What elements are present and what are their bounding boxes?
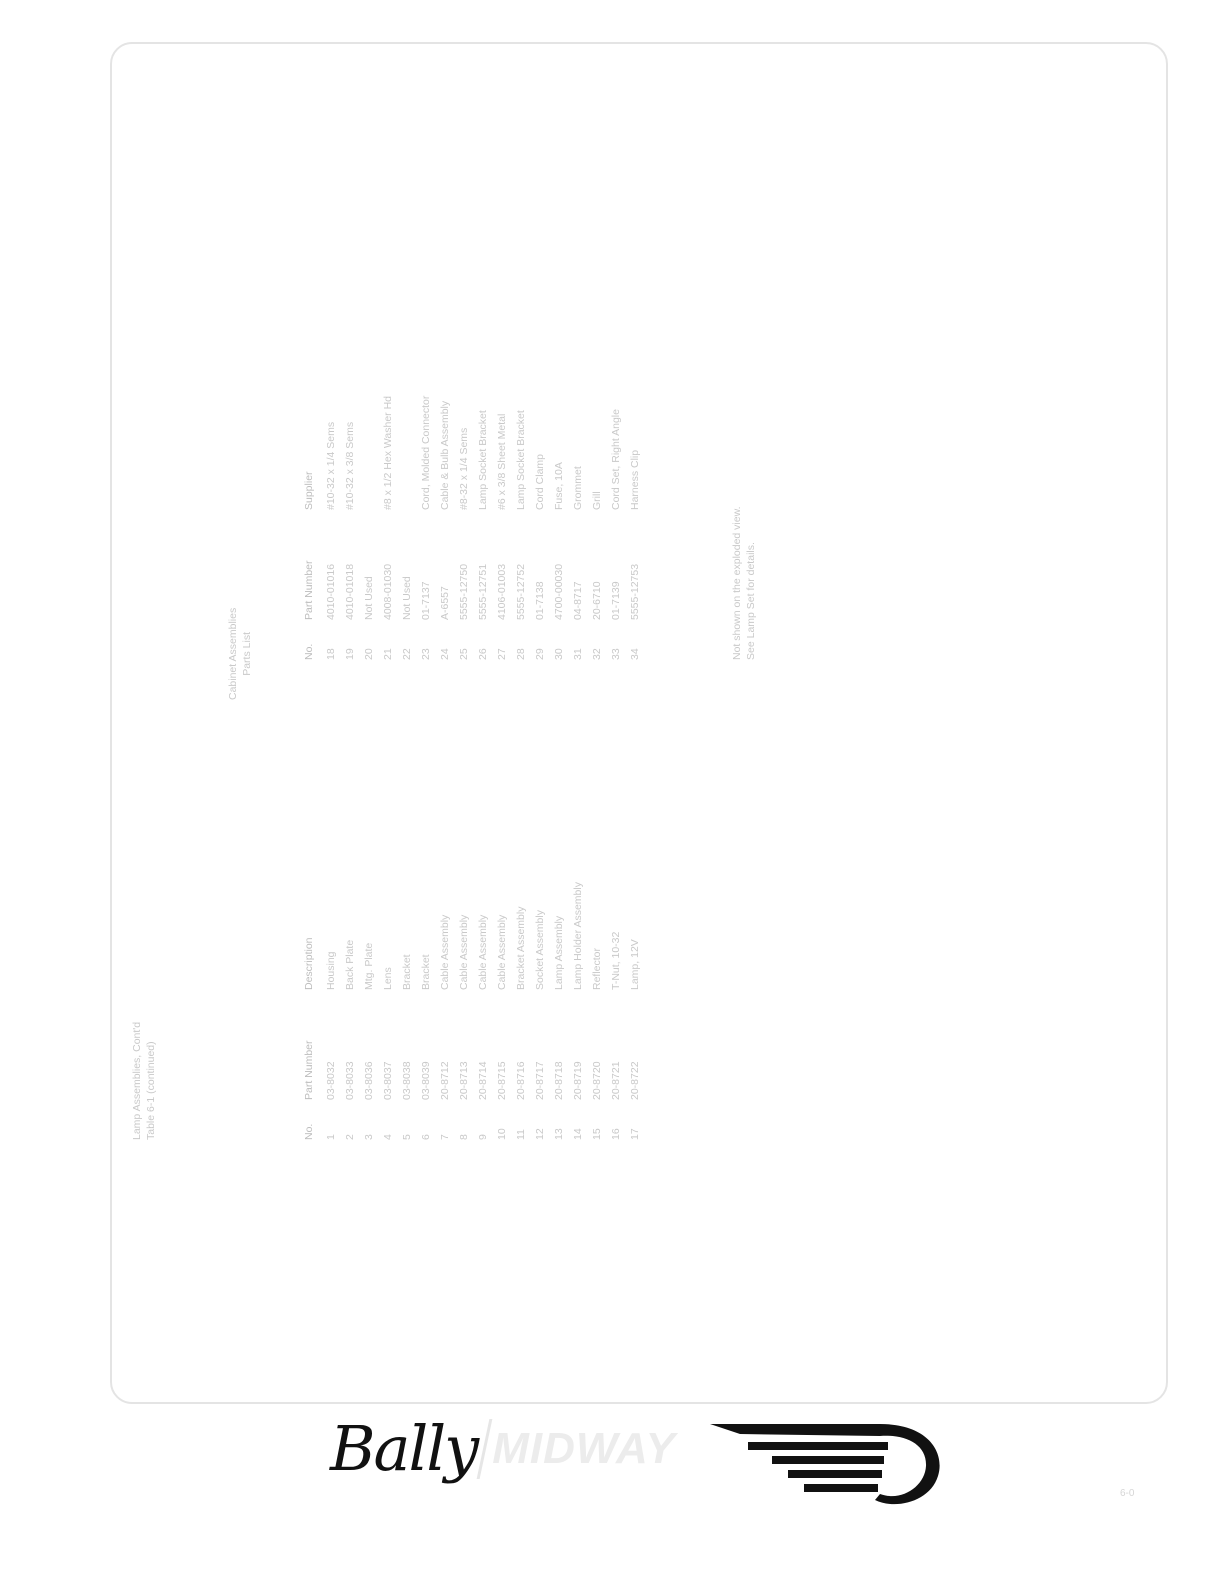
table-cell: 03-8039 (417, 990, 436, 1100)
table-cell: 03-8036 (360, 990, 379, 1100)
table-cell: 5555-12750 (455, 510, 474, 620)
table-cell: 13 (550, 1100, 569, 1140)
parts-table-right: No.Part NumberSupplier184010-01016#10-32… (300, 290, 645, 660)
section-title: Cabinet Assemblies (226, 608, 240, 700)
table-cell: Bracket (417, 740, 436, 990)
table-cell: 20-8716 (512, 990, 531, 1100)
table-cell: 12 (531, 1100, 550, 1140)
footnote-2: See Lamp Set for details. (744, 506, 758, 660)
table-row: 255555-12750#8-32 x 1/4 Sems (455, 290, 474, 660)
table-row: 103-8032Housing (322, 740, 341, 1140)
table-row: 1720-8722Lamp, 12V (626, 740, 645, 1140)
document-table-label: Table 6-1 (continued) (144, 1022, 158, 1140)
table-cell: 4700-00030 (550, 510, 569, 620)
table-cell: 26 (474, 620, 493, 660)
table-cell: 14 (569, 1100, 588, 1140)
table-cell: 20-8718 (550, 990, 569, 1100)
table-row: 3301-7139Cord Set, Right Angle (607, 290, 626, 660)
table-cell: 20-8717 (531, 990, 550, 1100)
table-cell: Lamp Holder Assembly (569, 740, 588, 990)
table-row: 1320-8718Lamp Assembly (550, 740, 569, 1140)
table-cell: 15 (588, 1100, 607, 1140)
table-cell: 20 (360, 620, 379, 660)
table-cell: 03-8032 (322, 990, 341, 1100)
table-cell: Not Used (398, 510, 417, 620)
table-cell: 03-8037 (379, 990, 398, 1100)
table-row: 285555-12752Lamp Socket Bracket (512, 290, 531, 660)
table-row: 184010-01016#10-32 x 1/4 Sems (322, 290, 341, 660)
table-cell: Housing (322, 740, 341, 990)
table-cell: 20-8722 (626, 990, 645, 1100)
page-frame (110, 42, 1168, 1404)
table-cell: 20-8713 (455, 990, 474, 1100)
column-header: Supplier (300, 290, 322, 510)
title-block: Lamp Assemblies, Cont'd Table 6-1 (conti… (130, 1022, 158, 1140)
table-cell: 25 (455, 620, 474, 660)
table-cell: 2 (341, 1100, 360, 1140)
table-row: 345555-12753Harness Clip (626, 290, 645, 660)
table-cell: Cord Clamp (531, 290, 550, 510)
table-cell: 01-7139 (607, 510, 626, 620)
table-cell: 03-8033 (341, 990, 360, 1100)
table-row: 1420-8719Lamp Holder Assembly (569, 740, 588, 1140)
table-row: 403-8037Lens (379, 740, 398, 1140)
table-cell: Harness Clip (626, 290, 645, 510)
table-cell: 9 (474, 1100, 493, 1140)
table-row: 720-8712Cable Assembly (436, 740, 455, 1140)
table-cell: #8 x 1/2 Hex Washer Hd (379, 290, 398, 510)
table-cell: 4008-01030 (379, 510, 398, 620)
table-row: 194010-01018#10-32 x 3/8 Sems (341, 290, 360, 660)
table-cell: 6 (417, 1100, 436, 1140)
table-cell: 4010-01016 (322, 510, 341, 620)
table-row: 214008-01030#8 x 1/2 Hex Washer Hd (379, 290, 398, 660)
bally-midway-logo: Bally MIDWAY (330, 1412, 676, 1485)
table-row: 2301-7137Cord, Molded Connector (417, 290, 436, 660)
table-cell: 21 (379, 620, 398, 660)
table-cell: 4010-01018 (341, 510, 360, 620)
table-row: 203-8033Back Plate (341, 740, 360, 1140)
table-cell: 8 (455, 1100, 474, 1140)
table-cell: Cable Assembly (493, 740, 512, 990)
section-subtitle: Parts List (240, 608, 254, 700)
table-cell: 17 (626, 1100, 645, 1140)
table-cell: 4106-01003 (493, 510, 512, 620)
column-header: No. (300, 620, 322, 660)
table-cell: 20-8715 (493, 990, 512, 1100)
column-header: Description (300, 740, 322, 990)
table-cell: 20-6710 (588, 510, 607, 620)
table-row: 274106-01003#6 x 3/8 Sheet Metal (493, 290, 512, 660)
table-row: 820-8713Cable Assembly (455, 740, 474, 1140)
table-row: 24A-6557Cable & Bulb Assembly (436, 290, 455, 660)
table-row: 2901-7138Cord Clamp (531, 290, 550, 660)
table-cell: Bracket (398, 740, 417, 990)
table-cell: 10 (493, 1100, 512, 1140)
table-cell: Cable Assembly (455, 740, 474, 990)
table-cell: 3 (360, 1100, 379, 1140)
table-cell: Cable & Bulb Assembly (436, 290, 455, 510)
column-header: No. (300, 1100, 322, 1140)
table-cell: 1 (322, 1100, 341, 1140)
column-header: Part Number (300, 990, 322, 1100)
table-cell: 01-7138 (531, 510, 550, 620)
table-cell: #10-32 x 3/8 Sems (341, 290, 360, 510)
table-cell: Fuse, 10A (550, 290, 569, 510)
table-cell: A-6557 (436, 510, 455, 620)
table-cell (360, 290, 379, 510)
table-cell: Grommet (569, 290, 588, 510)
table-cell: 16 (607, 1100, 626, 1140)
logo-bally-script: Bally (330, 1412, 477, 1485)
table-cell: Grill (588, 290, 607, 510)
table-cell: Cord, Molded Connector (417, 290, 436, 510)
table-cell: 7 (436, 1100, 455, 1140)
table-row: 20Not Used (360, 290, 379, 660)
page-number: 6-0 (1120, 1488, 1134, 1499)
table-cell: 28 (512, 620, 531, 660)
table-cell: Back Plate (341, 740, 360, 990)
table-row: 1620-8721T-Nut, 10-32 (607, 740, 626, 1140)
table-cell: Socket Assembly (531, 740, 550, 990)
table-cell: 5555-12751 (474, 510, 493, 620)
table-cell: 03-8038 (398, 990, 417, 1100)
table-cell: #8-32 x 1/4 Sems (455, 290, 474, 510)
table-cell: #6 x 3/8 Sheet Metal (493, 290, 512, 510)
table-cell: Reflector (588, 740, 607, 990)
table-row: 304700-00030Fuse, 10A (550, 290, 569, 660)
table-cell: 01-7137 (417, 510, 436, 620)
table-cell: Lamp, 12V (626, 740, 645, 990)
table-row: 22Not Used (398, 290, 417, 660)
table-row: 265555-12751Lamp Socket Bracket (474, 290, 493, 660)
table-cell: 34 (626, 620, 645, 660)
table-cell: 33 (607, 620, 626, 660)
table-cell: 24 (436, 620, 455, 660)
table-row: 1220-8717Socket Assembly (531, 740, 550, 1140)
table-cell: 20-8721 (607, 990, 626, 1100)
table-row: 1520-8720Reflector (588, 740, 607, 1140)
parts-table-left: No.Part NumberDescription103-8032Housing… (300, 740, 645, 1140)
column-header: Part Number (300, 510, 322, 620)
table-row: 1020-8715Cable Assembly (493, 740, 512, 1140)
table-cell: 18 (322, 620, 341, 660)
table-cell: 20-8712 (436, 990, 455, 1100)
table-cell: 31 (569, 620, 588, 660)
table-header: No.Part NumberDescription (300, 740, 322, 1140)
table-row: 3220-6710Grill (588, 290, 607, 660)
table-cell: Bracket Assembly (512, 740, 531, 990)
table-cell: 29 (531, 620, 550, 660)
table-cell: 5555-12752 (512, 510, 531, 620)
table-cell: 23 (417, 620, 436, 660)
table-row: 1120-8716Bracket Assembly (512, 740, 531, 1140)
table-cell: 32 (588, 620, 607, 660)
logo-midway-text: MIDWAY (492, 1424, 676, 1474)
footnotes: Not shown on the exploded view. See Lamp… (730, 506, 758, 660)
table-cell: Not Used (360, 510, 379, 620)
table-cell: 04-8717 (569, 510, 588, 620)
logo-divider (477, 1419, 493, 1479)
midway-wing-icon (680, 1414, 940, 1514)
table-row: 503-8038Bracket (398, 740, 417, 1140)
table-cell: Cord Set, Right Angle (607, 290, 626, 510)
table-cell: Lens (379, 740, 398, 990)
table-cell: 11 (512, 1100, 531, 1140)
table-cell: Cable Assembly (474, 740, 493, 990)
table-cell: Cable Assembly (436, 740, 455, 990)
table-row: 920-8714Cable Assembly (474, 740, 493, 1140)
table-cell: Lamp Assembly (550, 740, 569, 990)
table-cell: 5 (398, 1100, 417, 1140)
table-cell: 20-8719 (569, 990, 588, 1100)
footnote-1: Not shown on the exploded view. (730, 506, 744, 660)
table-cell (398, 290, 417, 510)
table-cell: 5555-12753 (626, 510, 645, 620)
table-cell: 4 (379, 1100, 398, 1140)
table-cell: Lamp Socket Bracket (474, 290, 493, 510)
table-row: 3104-8717Grommet (569, 290, 588, 660)
table-cell: T-Nut, 10-32 (607, 740, 626, 990)
table-cell: 20-8720 (588, 990, 607, 1100)
table-cell: 27 (493, 620, 512, 660)
table-cell: 30 (550, 620, 569, 660)
table-cell: 22 (398, 620, 417, 660)
document-title: Lamp Assemblies, Cont'd (130, 1022, 144, 1140)
table-row: 303-8036Mtg. Plate (360, 740, 379, 1140)
table-row: 603-8039Bracket (417, 740, 436, 1140)
subtitle-block: Cabinet Assemblies Parts List (226, 608, 254, 700)
table-cell: 19 (341, 620, 360, 660)
table-cell: #10-32 x 1/4 Sems (322, 290, 341, 510)
table-cell: Mtg. Plate (360, 740, 379, 990)
table-header: No.Part NumberSupplier (300, 290, 322, 660)
table-cell: 20-8714 (474, 990, 493, 1100)
table-cell: Lamp Socket Bracket (512, 290, 531, 510)
